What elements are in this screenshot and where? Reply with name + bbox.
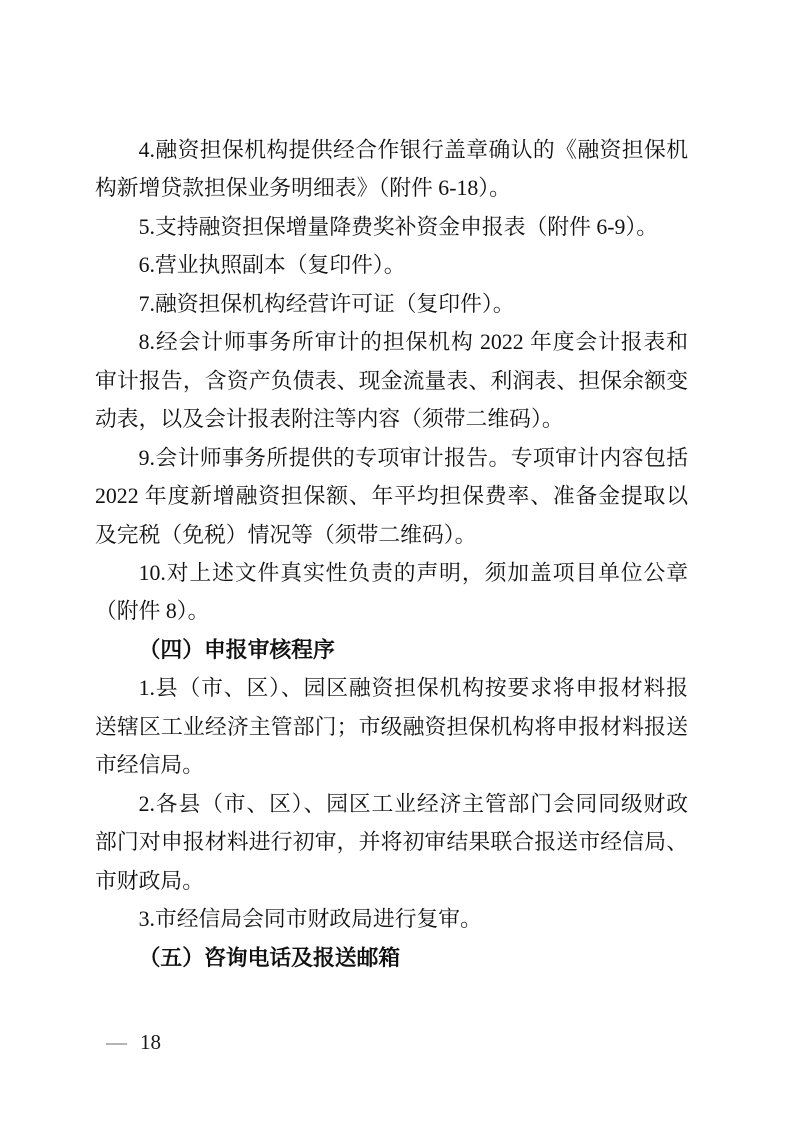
paragraph: 10.对上述文件真实性负责的声明，须加盖项目单位公章（附件 8）。 <box>95 554 688 631</box>
footer-dash: — <box>106 1030 127 1054</box>
document-page: 4.融资担保机构提供经合作银行盖章确认的《融资担保机构新增贷款担保业务明细表》（… <box>0 0 793 1122</box>
page-number: 18 <box>140 1030 161 1054</box>
paragraph: 9.会计师事务所提供的专项审计报告。专项审计内容包括 2022 年度新增融资担保… <box>95 439 688 554</box>
section-heading: （四）申报审核程序 <box>95 631 688 669</box>
section-heading: （五）咨询电话及报送邮箱 <box>95 939 688 977</box>
paragraph: 5.支持融资担保增量降费奖补资金申报表（附件 6-9）。 <box>95 208 688 246</box>
paragraph: 1.县（市、区）、园区融资担保机构按要求将申报材料报送辖区工业经济主管部门；市级… <box>95 669 688 784</box>
paragraph: 6.营业执照副本（复印件）。 <box>95 246 688 284</box>
paragraph: 3.市经信局会同市财政局进行复审。 <box>95 900 688 938</box>
paragraph: 4.融资担保机构提供经合作银行盖章确认的《融资担保机构新增贷款担保业务明细表》（… <box>95 131 688 208</box>
paragraph: 8.经会计师事务所审计的担保机构 2022 年度会计报表和审计报告，含资产负债表… <box>95 323 688 438</box>
document-body: 4.融资担保机构提供经合作银行盖章确认的《融资担保机构新增贷款担保业务明细表》（… <box>95 131 688 977</box>
paragraph: 7.融资担保机构经营许可证（复印件）。 <box>95 285 688 323</box>
paragraph: 2.各县（市、区）、园区工业经济主管部门会同同级财政部门对申报材料进行初审，并将… <box>95 785 688 900</box>
page-footer: —18 <box>106 1028 161 1056</box>
